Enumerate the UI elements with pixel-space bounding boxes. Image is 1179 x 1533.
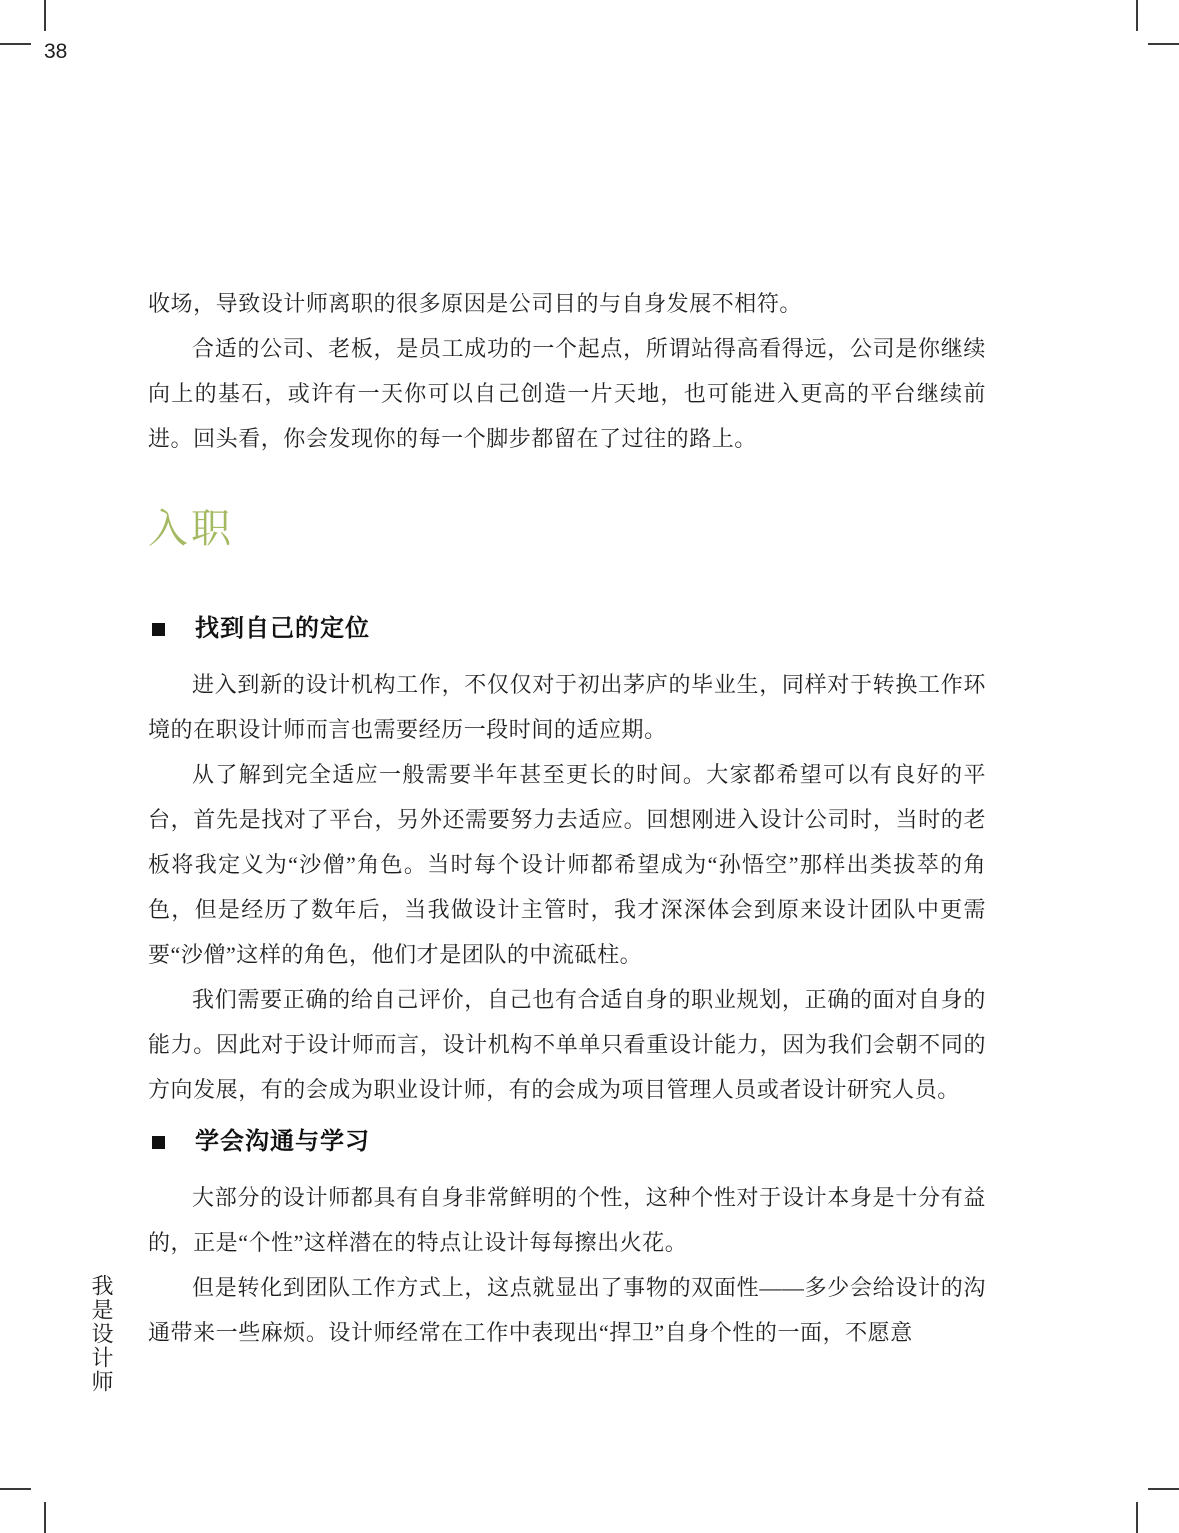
crop-mark-top-right-vertical bbox=[1136, 0, 1138, 31]
subsection-heading-label: 学会沟通与学习 bbox=[195, 1126, 370, 1158]
page-number: 38 bbox=[44, 40, 67, 64]
body-paragraph: 进入到新的设计机构工作，不仅仅对于初出茅庐的毕业生，同样对于转换工作环境的在职设… bbox=[148, 662, 986, 752]
crop-mark-bottom-right-vertical bbox=[1136, 1502, 1138, 1533]
section-heading: 入职 bbox=[148, 505, 986, 553]
subsection-heading: 找到自己的定位 bbox=[148, 613, 986, 645]
crop-mark-bottom-right-horizontal bbox=[1148, 1488, 1179, 1490]
crop-mark-top-right-horizontal bbox=[1148, 43, 1179, 45]
square-bullet-icon bbox=[152, 623, 165, 636]
crop-mark-bottom-left-vertical bbox=[44, 1502, 46, 1533]
book-page: 38 我是设计师 收场，导致设计师离职的很多原因是公司目的与自身发展不相符。 合… bbox=[0, 0, 1179, 1533]
body-paragraph: 从了解到完全适应一般需要半年甚至更长的时间。大家都希望可以有良好的平台，首先是找… bbox=[148, 752, 986, 977]
body-paragraph: 收场，导致设计师离职的很多原因是公司目的与自身发展不相符。 bbox=[148, 281, 986, 326]
subsection-heading: 学会沟通与学习 bbox=[148, 1126, 986, 1158]
crop-mark-bottom-left-horizontal bbox=[0, 1488, 31, 1490]
subsection-heading-label: 找到自己的定位 bbox=[195, 613, 370, 645]
body-paragraph: 合适的公司、老板，是员工成功的一个起点，所谓站得高看得远，公司是你继续向上的基石… bbox=[148, 326, 986, 461]
body-paragraph: 但是转化到团队工作方式上，这点就显出了事物的双面性——多少会给设计的沟通带来一些… bbox=[148, 1265, 986, 1355]
body-paragraph: 我们需要正确的给自己评价，自己也有合适自身的职业规划，正确的面对自身的能力。因此… bbox=[148, 977, 986, 1112]
crop-mark-top-left-horizontal bbox=[0, 43, 31, 45]
body-paragraph: 大部分的设计师都具有自身非常鲜明的个性，这种个性对于设计本身是十分有益的，正是“… bbox=[148, 1175, 986, 1265]
crop-mark-top-left-vertical bbox=[44, 0, 46, 31]
spine-vertical-title: 我是设计师 bbox=[86, 1274, 117, 1394]
square-bullet-icon bbox=[152, 1136, 165, 1149]
page-content: 收场，导致设计师离职的很多原因是公司目的与自身发展不相符。 合适的公司、老板，是… bbox=[148, 281, 986, 1355]
